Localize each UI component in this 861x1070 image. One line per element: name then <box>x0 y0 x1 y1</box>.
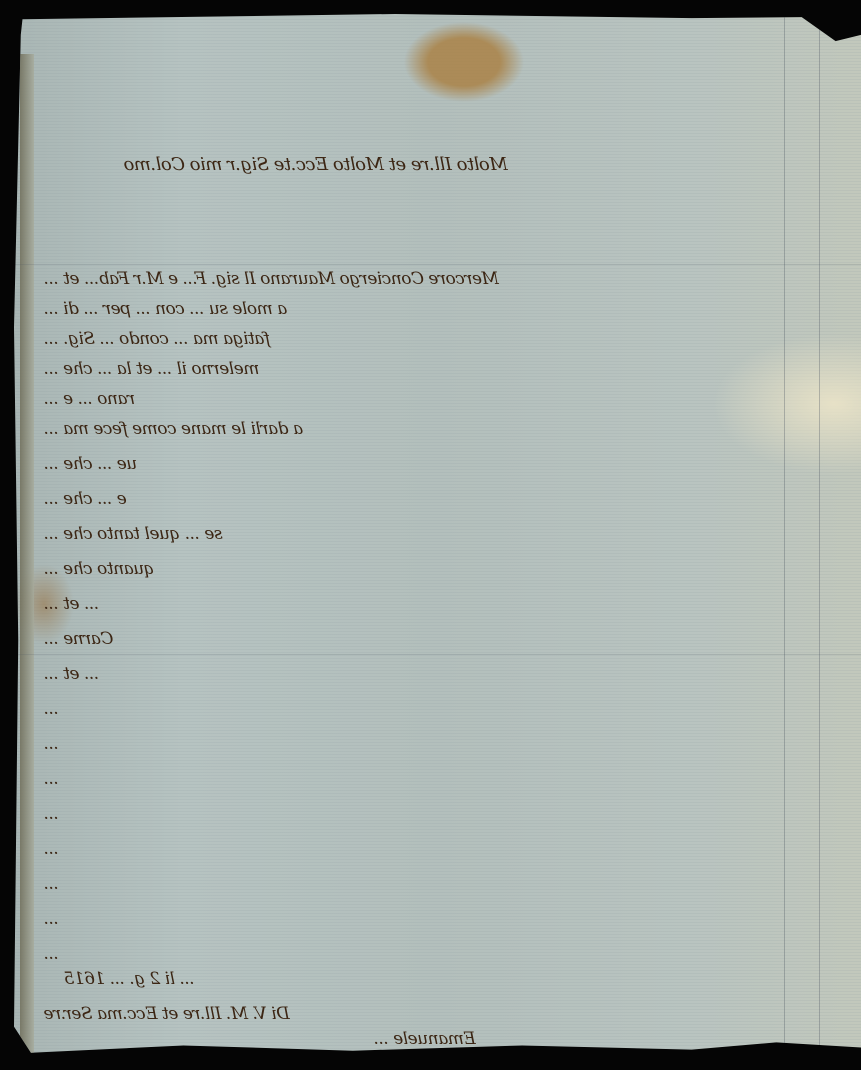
body-line: a darli le mane come fece ma ... <box>44 419 303 439</box>
body-line: a mole su ... con ... per ... di ... <box>44 299 287 319</box>
body-line: ... <box>44 734 59 754</box>
body-line: ... <box>44 944 59 964</box>
salutation: Molto Ill.re et Molto Ecc.te Sig.r mio C… <box>124 154 508 175</box>
closing: Di V. M. Ill.re et Ecc.ma Ser.re <box>44 1004 290 1024</box>
signature: Emanuele ... <box>374 1029 476 1049</box>
letter-paper: Molto Ill.re et Molto Ecc.te Sig.r mio C… <box>14 14 861 1058</box>
fold-line <box>784 14 785 1058</box>
body-line: Carne ... <box>44 629 113 649</box>
fold-line <box>14 654 861 655</box>
body-line: ue ... che ... <box>44 454 137 474</box>
date-line: ... li 2 g. ... 1615 <box>64 969 195 989</box>
body-line: rano ... e ... <box>44 389 135 409</box>
body-line: ... <box>44 804 59 824</box>
fold-line <box>14 264 861 265</box>
body-line: se ... quel tanto che ... <box>44 524 223 544</box>
body-line: ... et ... <box>44 664 99 684</box>
body-line: ... <box>44 839 59 859</box>
body-line: melerno il ... et la ... che ... <box>44 359 259 379</box>
body-line: e ... che ... <box>44 489 127 509</box>
body-line: ... <box>44 699 59 719</box>
fold-line <box>819 14 820 1058</box>
body-line: ... <box>44 874 59 894</box>
body-line: ... <box>44 909 59 929</box>
body-line: quanto che ... <box>44 559 155 579</box>
body-line: fatiga ma ... condo ... Sig. ... <box>44 329 270 349</box>
body-line: ... <box>44 769 59 789</box>
paper-edge <box>20 54 34 1054</box>
body-line: Mercore Conciergo Maurano Il sig. F... e… <box>44 269 499 289</box>
body-line: ... et ... <box>44 594 99 614</box>
